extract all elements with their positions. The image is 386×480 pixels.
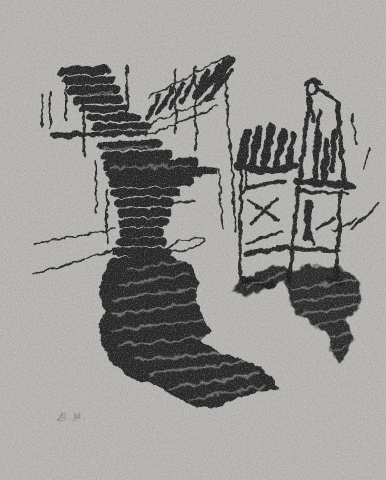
lithograph-canvas: E.M. <box>0 0 386 480</box>
grain-overlay-dark <box>0 0 386 480</box>
artwork-image: E.M. <box>0 0 386 480</box>
